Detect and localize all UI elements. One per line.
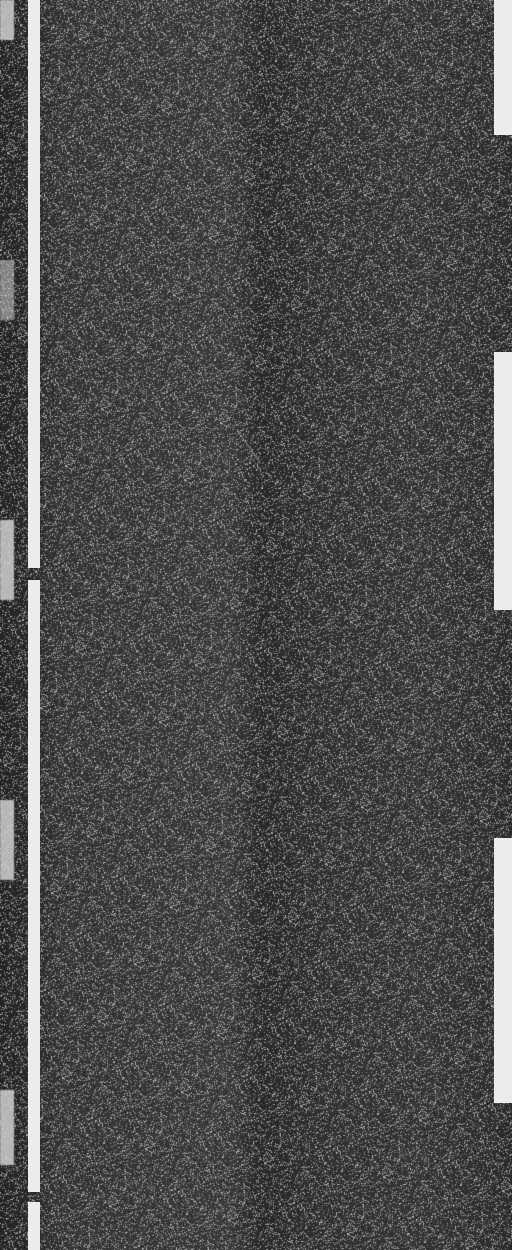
asphalt-texture — [0, 0, 512, 1250]
shoulder-patch — [0, 520, 14, 600]
road-surface — [0, 0, 512, 1250]
left-edge-line-segment — [28, 0, 40, 568]
lane-dash — [494, 0, 512, 135]
lane-dash — [494, 838, 512, 1103]
left-edge-line-segment — [28, 1202, 40, 1250]
left-edge-line-segment — [28, 580, 40, 1192]
shoulder-patch — [0, 800, 14, 880]
shoulder-patch — [0, 260, 14, 320]
shoulder-patch — [0, 0, 14, 40]
lane-dash — [494, 352, 512, 610]
shoulder-patch — [0, 1090, 14, 1165]
